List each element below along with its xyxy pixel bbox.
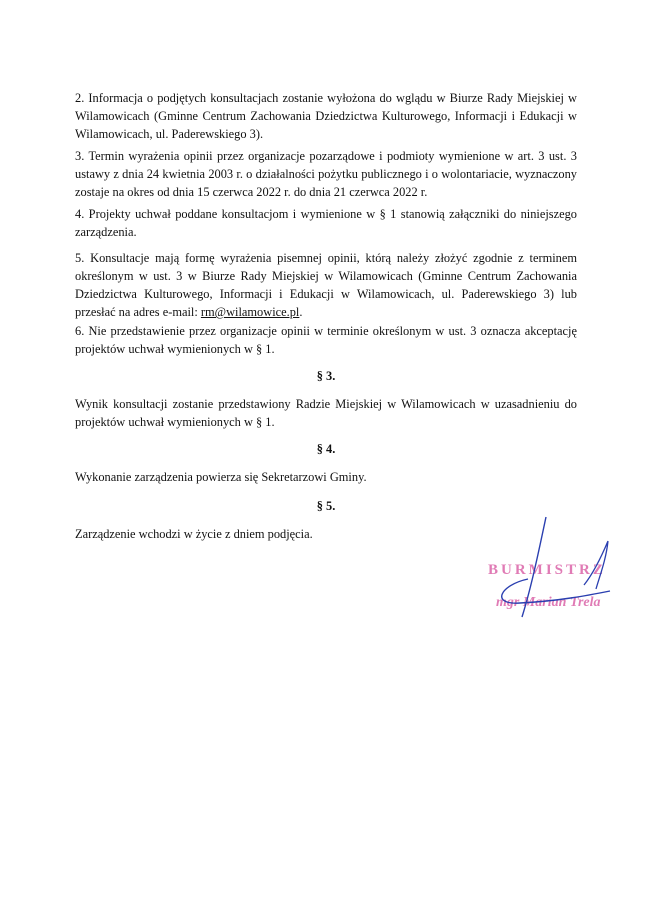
- paragraph-3: 3. Termin wyrażenia opinii przez organiz…: [75, 147, 577, 201]
- section-3-text: Wynik konsultacji zostanie przedstawiony…: [75, 395, 577, 431]
- paragraph-5-text: 5. Konsultacje mają formę wyrażenia pise…: [75, 251, 577, 319]
- section-4-heading: § 4.: [75, 440, 577, 458]
- email-link[interactable]: rm@wilamowice.pl: [201, 305, 299, 319]
- section-3-heading: § 3.: [75, 367, 577, 385]
- paragraph-4: 4. Projekty uchwał poddane konsultacjom …: [75, 205, 577, 241]
- document-page: 2. Informacja o podjętych konsultacjach …: [0, 0, 650, 919]
- paragraph-5: 5. Konsultacje mają formę wyrażenia pise…: [75, 249, 577, 321]
- paragraph-6: 6. Nie przedstawienie przez organizacje …: [75, 322, 577, 358]
- paragraph-2: 2. Informacja o podjętych konsultacjach …: [75, 89, 577, 143]
- signature-icon: [470, 505, 630, 625]
- section-4-text: Wykonanie zarządzenia powierza się Sekre…: [75, 468, 577, 486]
- paragraph-5-end: .: [299, 305, 302, 319]
